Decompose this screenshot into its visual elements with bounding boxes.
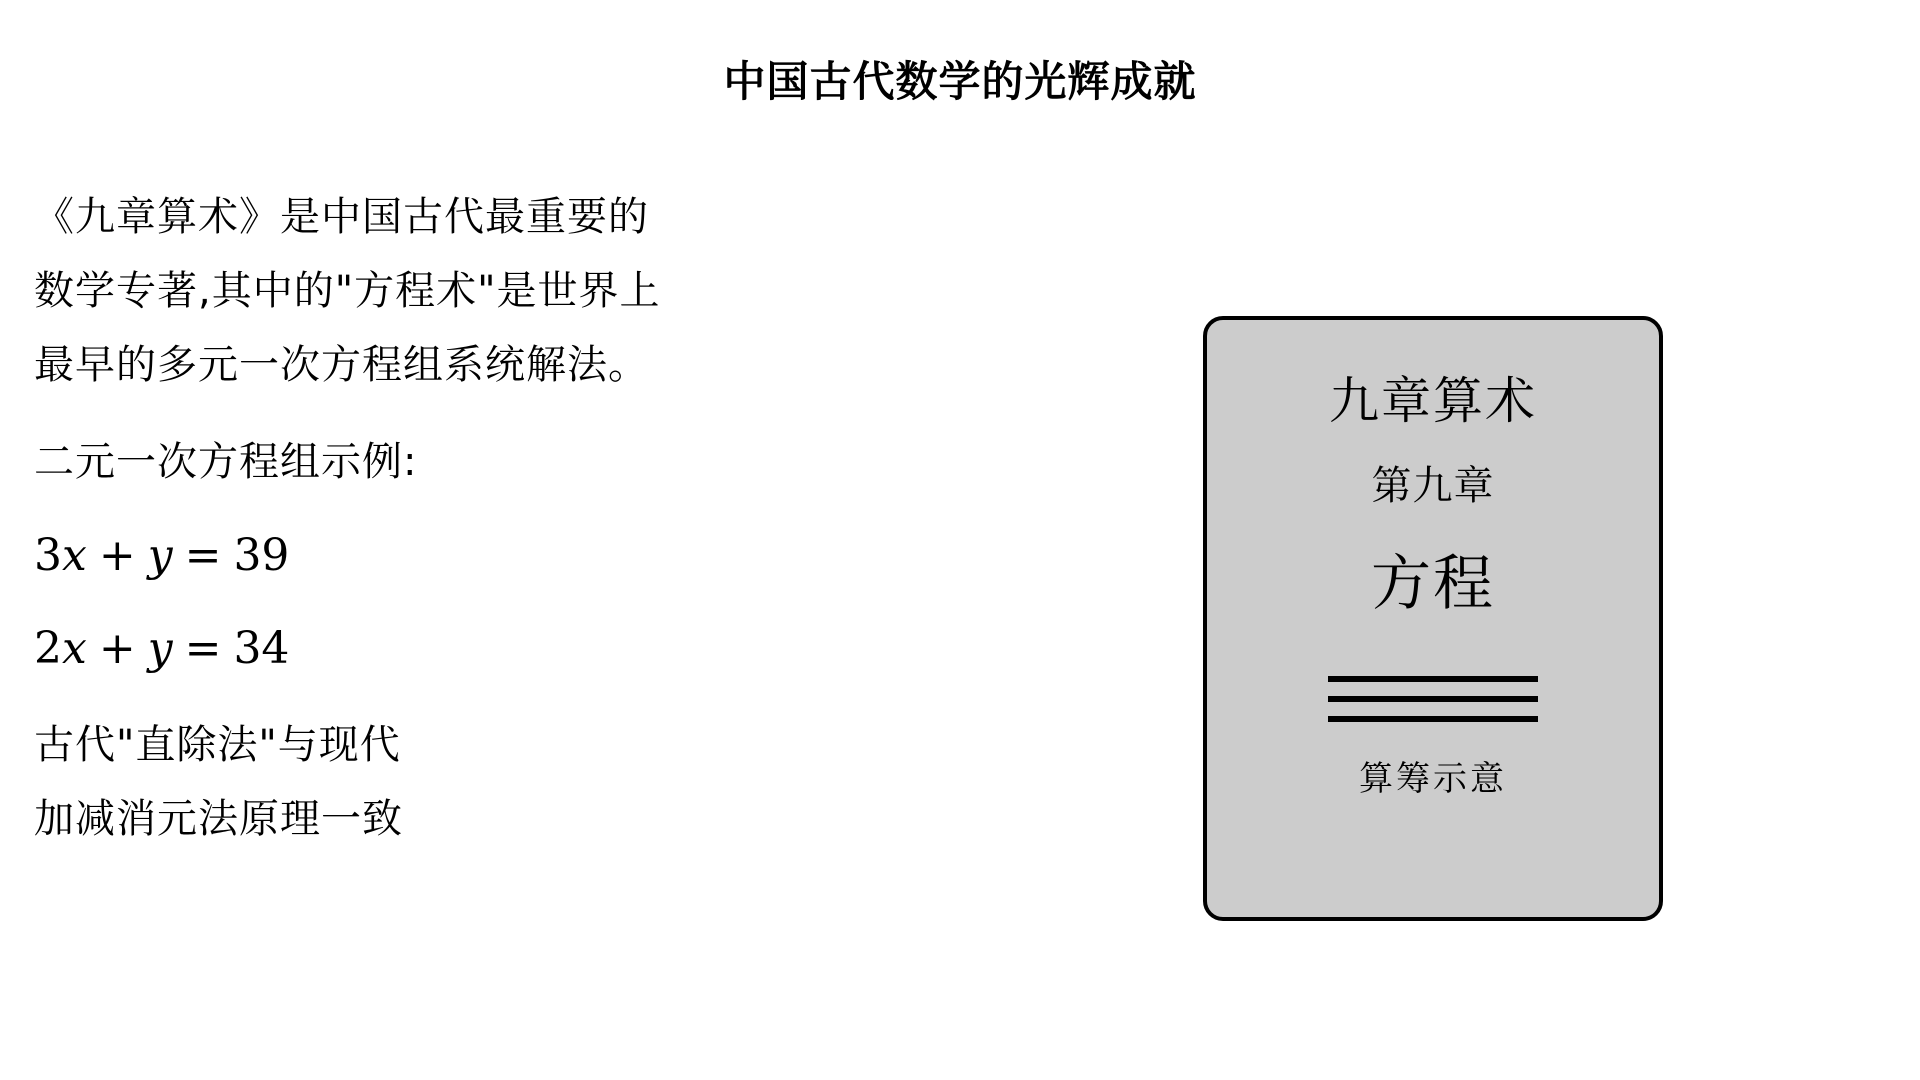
conclusion-paragraph: 古代"直除法"与现代 加减消元法原理一致 [34,708,403,856]
coefficient: 2 [34,623,62,674]
intro-line: 数学专著,其中的"方程术"是世界上 [34,254,661,328]
counting-rods-icon [1328,676,1538,726]
equation-2: 2x+y=34 [34,621,289,677]
card-caption: 算筹示意 [1207,756,1659,802]
counting-rod [1328,716,1538,722]
variable-x: x [62,530,87,581]
counting-rod [1328,696,1538,702]
intro-line: 《九章算术》是中国古代最重要的 [34,180,661,254]
page-title: 中国古代数学的光辉成就 [0,54,1920,110]
variable-y: y [148,530,173,581]
intro-line: 最早的多元一次方程组系统解法。 [34,328,661,402]
card-title: 九章算术 [1207,370,1659,432]
plus-sign: + [87,530,148,581]
conclusion-line: 古代"直除法"与现代 [34,708,403,782]
variable-y: y [148,623,173,674]
card-topic: 方程 [1207,546,1659,622]
plus-sign: + [87,623,148,674]
example-label: 二元一次方程组示例: [34,425,417,499]
book-card: 九章算术 第九章 方程 算筹示意 [1203,316,1663,921]
variable-x: x [62,623,87,674]
equals-sign: = [173,530,234,581]
card-chapter: 第九章 [1207,460,1659,512]
equation-1: 3x+y=39 [34,528,289,584]
conclusion-line: 加减消元法原理一致 [34,782,403,856]
intro-paragraph: 《九章算术》是中国古代最重要的 数学专著,其中的"方程术"是世界上 最早的多元一… [34,180,661,402]
rhs-value: 34 [233,623,289,674]
coefficient: 3 [34,530,62,581]
equals-sign: = [173,623,234,674]
rhs-value: 39 [233,530,289,581]
counting-rod [1328,676,1538,682]
